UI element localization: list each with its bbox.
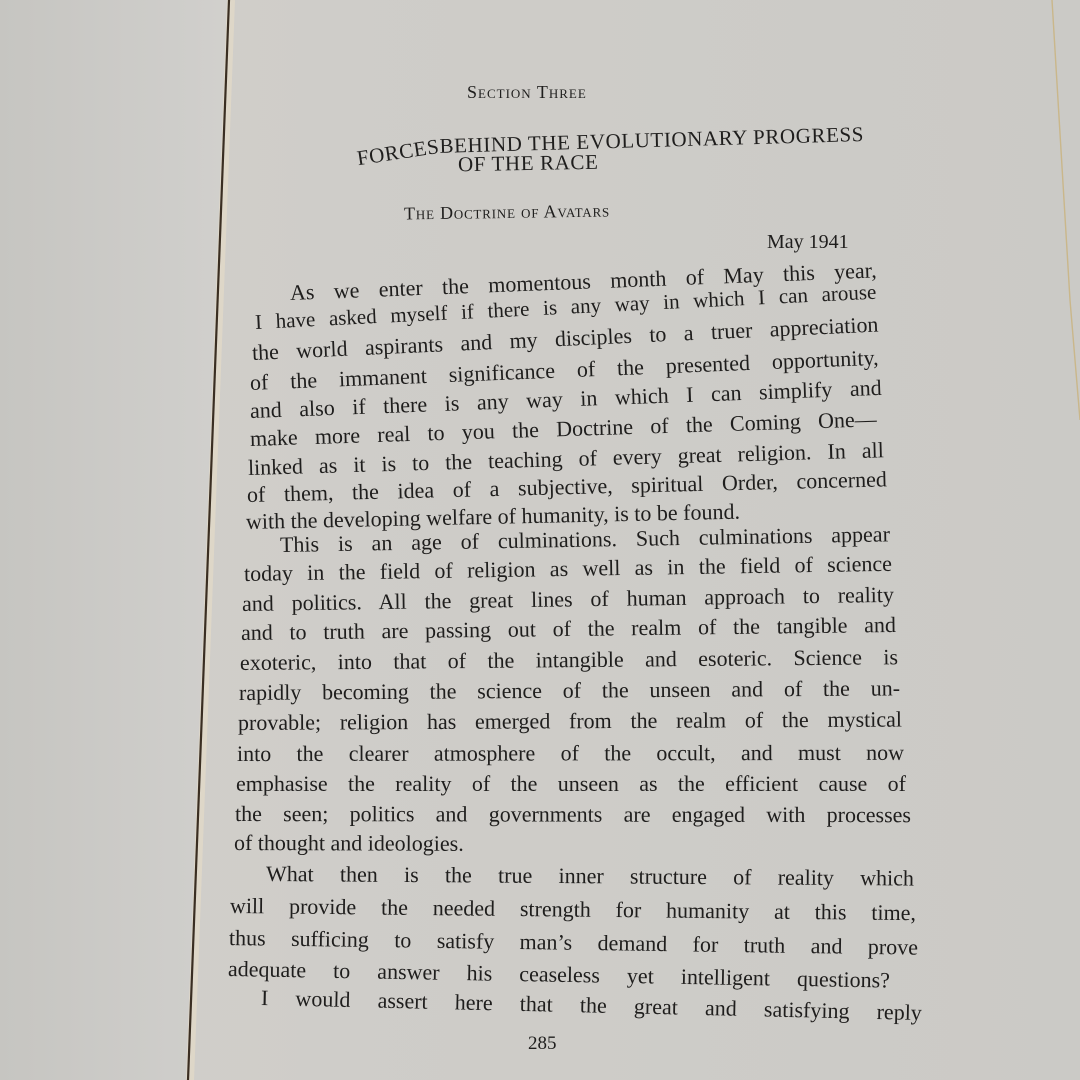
paragraph-2-line-5: exoteric, into that of the intangible an… (240, 644, 898, 676)
subtitle: The Doctrine of Avatars (404, 201, 610, 225)
paragraph-2-line-4: and to truth are passing out of the real… (241, 612, 896, 646)
paragraph-3-line-2: will provide the needed strength for hum… (230, 893, 916, 926)
section-label: Section Three (467, 82, 587, 103)
chapter-title-line-2: OF THE RACE (458, 150, 599, 177)
page-number: 285 (528, 1033, 557, 1055)
paragraph-3-line-3: thus sufficing to satisfy man’s demand f… (229, 925, 918, 961)
paragraph-2-line-11: of thought and ideologies. (234, 830, 504, 857)
paragraph-2-line-7: provable; religion has emerged from the … (238, 707, 902, 736)
chapter-title-curled-word: FORCES (356, 134, 442, 171)
date: May 1941 (767, 231, 849, 254)
paragraph-3-line-1: What then is the true inner structure of… (266, 861, 914, 892)
book-photo: Section Three FORCES BEHIND THE EVOLUTIO… (0, 0, 1080, 1080)
page-text: Section Three FORCES BEHIND THE EVOLUTIO… (0, 0, 1080, 1080)
paragraph-2-line-6: rapidly becoming the science of the unse… (239, 675, 900, 706)
paragraph-2-line-3: and politics. All the great lines of hum… (242, 582, 894, 617)
paragraph-2-line-9: emphasise the reality of the unseen as t… (236, 771, 906, 797)
paragraph-2-line-10: the seen; politics and governments are e… (235, 801, 911, 828)
paragraph-2-line-8: into the clearer atmosphere of the occul… (237, 740, 904, 767)
